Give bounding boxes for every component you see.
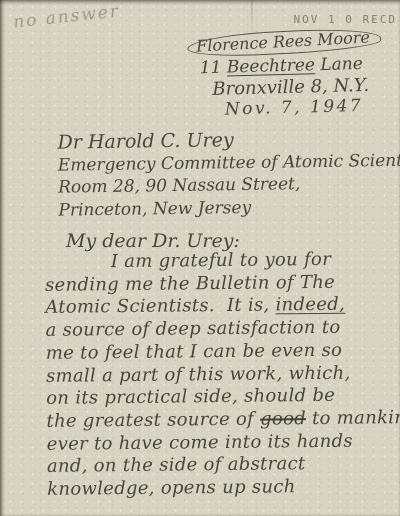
salutation: My dear Dr. Urey:	[66, 230, 240, 252]
struck-word: good	[260, 408, 306, 429]
sender-name: Florence Rees Moore	[196, 28, 371, 56]
letter-body: I am grateful to you for sending me the …	[45, 248, 400, 501]
street-name-underlined: Beechtree	[227, 55, 316, 77]
street-number: 11	[200, 58, 228, 79]
received-stamp: NOV 1 0 RECD	[294, 13, 397, 26]
recipient-city: Princeton, New Jersey	[58, 194, 400, 222]
body-line: Atomic Scientists. It is, indeed,	[45, 294, 397, 320]
letter-scan: no answer NOV 1 0 RECD Florence Rees Moo…	[0, 0, 400, 516]
body-line: small a part of this work, which,	[46, 362, 398, 388]
underlined-word: indeed,	[275, 294, 345, 316]
street-suffix: Lane	[315, 54, 363, 75]
letter-date: Nov. 7, 1947	[225, 96, 383, 119]
body-line-text: to mankind	[306, 407, 400, 429]
body-line-text: Atomic Scientists. It is,	[45, 295, 275, 318]
body-line: knowledge, opens up such	[47, 475, 399, 501]
body-line-text: the greatest source of	[46, 409, 260, 432]
sender-address-block: Florence Rees Moore 11 Beechtree Lane Br…	[187, 28, 383, 120]
recipient-address-block: Dr Harold C. Urey Emergency Committee of…	[57, 126, 400, 222]
body-line: ever to have come into its hands	[47, 430, 399, 456]
body-line: the greatest source of good to mankind	[46, 407, 398, 433]
pencil-annotation: no answer	[12, 1, 121, 32]
